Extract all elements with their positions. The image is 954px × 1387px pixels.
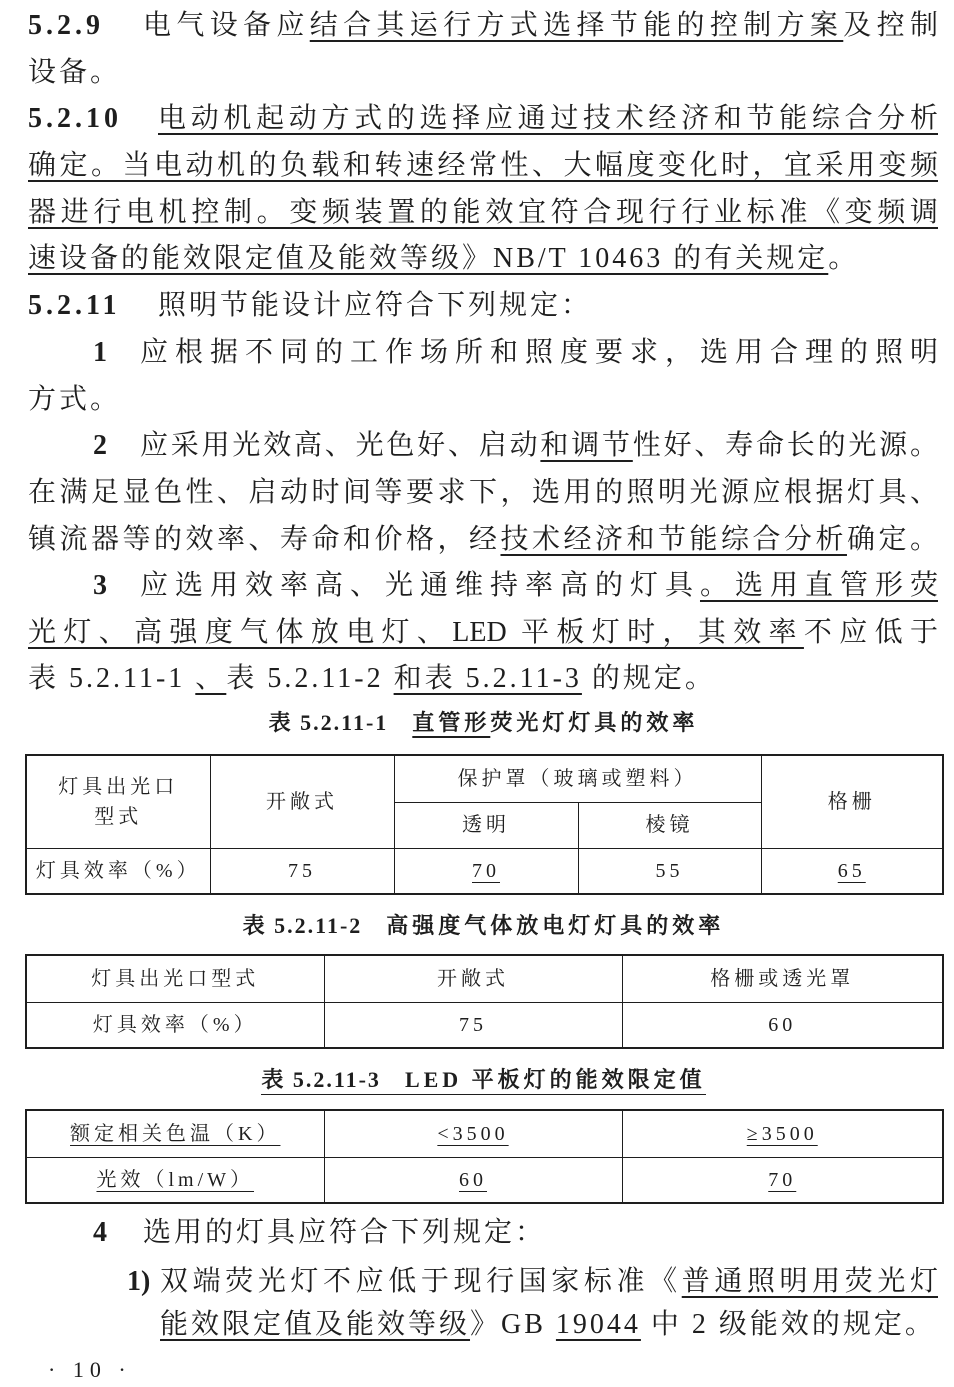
header-cct-below: <3500 <box>324 1110 622 1157</box>
underlined-text-segment: 确定。当电动机的负载和转速经常性、大幅度变化时，宜采用变频 <box>28 150 938 181</box>
text-segment: 应根据不同的工作场所和照度要求，选用合理的照明 <box>140 337 938 368</box>
underlined-text-segment: 光灯、高强度气体放电灯、LED 平板灯时，其效率 <box>28 617 804 648</box>
text-segment: 中 2 级能效的规定。 <box>641 1309 936 1340</box>
underlined-text-segment: 和表 5.2.11-3 <box>394 663 582 694</box>
header-text: 额定相关色温（K） <box>70 1123 280 1145</box>
subitem-1-line-1: 1) 双端荧光灯不应低于现行国家标准《普通照明用荧光灯 <box>127 1259 938 1305</box>
table-number: 表 5.2.11-1 <box>269 710 389 735</box>
caption-title: 高强度气体放电灯灯具的效率 <box>386 913 724 938</box>
header-outlet-type: 灯具出光口型式 <box>26 955 324 1002</box>
underlined-text-segment: 能效限定值及能效等级 <box>160 1309 470 1340</box>
table-3-caption: 表 5.2.11-3LED 平板灯的能效限定值 <box>25 1064 942 1096</box>
underlined-text-segment: 速设备的能效限定值及能效等级》NB/T 10463 的有关规定 <box>28 243 828 274</box>
text-segment: 选用的灯具应符合下列规定： <box>143 1217 546 1248</box>
underlined-text-segment: 器进行电机控制。变频装置的能效宜符合现行行业标准《变频调 <box>28 197 938 228</box>
item-2-line-1: 2 应采用光效高、光色好、启动和调节性好、寿命长的光源。 <box>93 423 938 469</box>
item-text: 应根据不同的工作场所和照度要求，选用合理的照明 <box>140 330 938 376</box>
cell-value: 60 <box>459 1169 487 1191</box>
clause-5-2-9-line-1: 5.2.9 电气设备应结合其运行方式选择节能的控制方案及控制 <box>28 3 938 49</box>
cell-value: 70 <box>768 1169 796 1191</box>
table-cell: 75 <box>324 1002 622 1048</box>
cell-value: 65 <box>838 860 866 882</box>
text-segment: 表 5.2.11-1 <box>28 663 195 694</box>
table-cell: 60 <box>324 1157 622 1203</box>
item-number: 2 <box>93 423 140 469</box>
table-led-panel-efficacy: 额定相关色温（K） <3500 ≥3500 光效（lm/W） 60 70 <box>25 1109 944 1204</box>
clause-text: 设备。 <box>28 50 938 96</box>
header-cct-above: ≥3500 <box>622 1110 943 1157</box>
text-segment: 应采用光效高、光色好、启动 <box>140 430 540 461</box>
text-segment: 性好、寿命长的光源。 <box>633 430 938 461</box>
header-open: 开敞式 <box>210 755 394 848</box>
item-text: 在满足显色性、启动时间等要求下，选用的照明光源应根据灯具、 <box>28 470 938 516</box>
underlined-text-segment: 技术经济和节能综合分析 <box>500 524 846 555</box>
clause-number: 5.2.10 <box>28 96 158 142</box>
item-3-line-1: 3 应选用效率高、光通维持率高的灯具。选用直管形荧 <box>93 563 938 609</box>
page-number: · 10 · <box>48 1354 132 1386</box>
text-segment: 设备。 <box>28 57 121 88</box>
row-label: 灯具效率（%） <box>26 1002 324 1048</box>
header-outlet-type: 灯具出光口型式 <box>26 755 210 848</box>
clause-5-2-10-line-2: 确定。当电动机的负载和转速经常性、大幅度变化时，宜采用变频 <box>28 143 938 189</box>
text-segment: 双端荧光灯不应低于现行国家标准《 <box>160 1266 682 1297</box>
text-segment: 方式。 <box>28 384 121 415</box>
table-cell: 70 <box>394 848 578 894</box>
text-segment: 不应低于 <box>804 617 938 648</box>
text-segment: 照明节能设计应符合下列规定： <box>158 290 592 321</box>
text-segment: 。 <box>828 243 859 274</box>
row-label: 灯具效率（%） <box>26 848 210 894</box>
header-text: 型式 <box>27 802 210 832</box>
table-2-caption: 表 5.2.11-2高强度气体放电灯灯具的效率 <box>25 910 942 942</box>
caption-title: LED 平板灯的能效限定值 <box>405 1067 706 1092</box>
header-grille-or-diffuser: 格栅或透光罩 <box>622 955 943 1002</box>
header-text: ≥3500 <box>747 1123 818 1145</box>
table-cell: 55 <box>578 848 761 894</box>
table-cell: 75 <box>210 848 394 894</box>
text-segment: 电气设备应 <box>143 10 310 41</box>
item-text: 方式。 <box>28 377 938 423</box>
underlined-text-segment: 、 <box>195 663 226 694</box>
clause-5-2-11-heading: 5.2.11 照明节能设计应符合下列规定： <box>28 283 938 329</box>
item-4-heading: 4 选用的灯具应符合下列规定： <box>93 1210 938 1256</box>
item-3-line-3: 表 5.2.11-1 、表 5.2.11-2 和表 5.2.11-3 的规定。 <box>28 656 938 702</box>
item-2-line-2: 在满足显色性、启动时间等要求下，选用的照明光源应根据灯具、 <box>28 470 938 516</box>
clause-text: 照明节能设计应符合下列规定： <box>158 283 938 329</box>
header-text: 灯具出光口 <box>27 772 210 802</box>
header-open: 开敞式 <box>324 955 622 1002</box>
item-1-line-1: 1 应根据不同的工作场所和照度要求，选用合理的照明 <box>93 330 938 376</box>
underlined-text-segment: 和调节 <box>540 430 632 461</box>
text-segment: 及控制 <box>843 10 938 41</box>
item-number: 1 <box>93 330 140 376</box>
item-text: 表 5.2.11-1 、表 5.2.11-2 和表 5.2.11-3 的规定。 <box>28 656 938 702</box>
clause-text: 器进行电机控制。变频装置的能效宜符合现行行业标准《变频调 <box>28 190 938 236</box>
underlined-text-segment: 结合其运行方式选择节能的控制方案 <box>310 10 844 41</box>
header-cct: 额定相关色温（K） <box>26 1110 324 1157</box>
item-number: 3 <box>93 563 140 609</box>
item-number: 4 <box>93 1210 143 1256</box>
subitem-1-line-2: 能效限定值及能效等级》GB 19044 中 2 级能效的规定。 <box>160 1302 938 1348</box>
underlined-text-segment: 19044 <box>556 1309 641 1340</box>
caption-underlined-part: 直管形 <box>412 710 490 735</box>
cell-value: 55 <box>656 860 684 882</box>
text-segment: 的规定。 <box>582 663 716 694</box>
table-1-caption: 表 5.2.11-1直管形荧光灯灯具的效率 <box>25 707 942 739</box>
text-segment: 表 5.2.11-2 <box>226 663 393 694</box>
row-label: 光效（lm/W） <box>26 1157 324 1203</box>
clause-text: 电气设备应结合其运行方式选择节能的控制方案及控制 <box>143 3 938 49</box>
underlined-text-segment: 。选用直管形荧 <box>700 570 938 601</box>
clause-number: 5.2.9 <box>28 3 143 49</box>
subitem-text: 能效限定值及能效等级》GB 19044 中 2 级能效的规定。 <box>160 1302 938 1348</box>
text-segment: 应选用效率高、光通维持率高的灯具 <box>140 570 700 601</box>
row-label-text: 光效（lm/W） <box>96 1169 254 1191</box>
item-text: 应采用光效高、光色好、启动和调节性好、寿命长的光源。 <box>140 423 938 469</box>
header-grille: 格栅 <box>761 755 943 848</box>
item-text: 光灯、高强度气体放电灯、LED 平板灯时，其效率不应低于 <box>28 610 938 656</box>
item-3-line-2: 光灯、高强度气体放电灯、LED 平板灯时，其效率不应低于 <box>28 610 938 656</box>
item-text: 镇流器等的效率、寿命和价格，经技术经济和节能综合分析确定。 <box>28 517 938 563</box>
caption-underlined: 表 5.2.11-3LED 平板灯的能效限定值 <box>261 1067 705 1095</box>
clause-5-2-10-line-3: 器进行电机控制。变频装置的能效宜符合现行行业标准《变频调 <box>28 190 938 236</box>
header-text: <3500 <box>437 1123 508 1145</box>
header-cover-group: 保护罩（玻璃或塑料） <box>394 755 761 802</box>
table-cell: 60 <box>622 1002 943 1048</box>
text-segment: 在满足显色性、启动时间等要求下，选用的照明光源应根据灯具、 <box>28 477 938 508</box>
text-segment: 确定。 <box>847 524 938 555</box>
cell-value: 75 <box>288 860 316 882</box>
table-cell: 65 <box>761 848 943 894</box>
header-prismatic: 棱镜 <box>578 802 761 848</box>
table-hid-luminaire-efficiency: 灯具出光口型式 开敞式 格栅或透光罩 灯具效率（%） 75 60 <box>25 954 944 1049</box>
item-2-line-3: 镇流器等的效率、寿命和价格，经技术经济和节能综合分析确定。 <box>28 517 938 563</box>
clause-text: 电动机起动方式的选择应通过技术经济和节能综合分析 <box>158 96 938 142</box>
underlined-text-segment: 电动机起动方式的选择应通过技术经济和节能综合分析 <box>158 103 938 134</box>
underlined-text-segment: 普通照明用荧光灯 <box>682 1266 938 1297</box>
clause-5-2-10-line-4: 速设备的能效限定值及能效等级》NB/T 10463 的有关规定。 <box>28 236 938 282</box>
clause-number: 5.2.11 <box>28 283 158 329</box>
cell-value: 70 <box>472 860 500 882</box>
clause-5-2-9-line-2: 设备。 <box>28 50 938 96</box>
header-transparent: 透明 <box>394 802 578 848</box>
subitem-text: 双端荧光灯不应低于现行国家标准《普通照明用荧光灯 <box>160 1259 938 1305</box>
table-fluorescent-luminaire-efficiency: 灯具出光口型式 开敞式 保护罩（玻璃或塑料） 格栅 透明 棱镜 灯具效率（%） … <box>25 754 944 895</box>
item-text: 应选用效率高、光通维持率高的灯具。选用直管形荧 <box>140 563 938 609</box>
subitem-number: 1) <box>127 1259 160 1305</box>
table-cell: 70 <box>622 1157 943 1203</box>
clause-text: 速设备的能效限定值及能效等级》NB/T 10463 的有关规定。 <box>28 236 938 282</box>
table-number: 表 5.2.11-2 <box>243 913 363 938</box>
caption-title: 荧光灯灯具的效率 <box>490 710 698 735</box>
text-segment: 》GB <box>470 1309 556 1340</box>
table-number: 表 5.2.11-3 <box>261 1067 405 1092</box>
clause-5-2-10-line-1: 5.2.10 电动机起动方式的选择应通过技术经济和节能综合分析 <box>28 96 938 142</box>
text-segment: 镇流器等的效率、寿命和价格，经 <box>28 524 500 555</box>
item-1-line-2: 方式。 <box>28 377 938 423</box>
clause-text: 确定。当电动机的负载和转速经常性、大幅度变化时，宜采用变频 <box>28 143 938 189</box>
item-text: 选用的灯具应符合下列规定： <box>143 1210 938 1256</box>
